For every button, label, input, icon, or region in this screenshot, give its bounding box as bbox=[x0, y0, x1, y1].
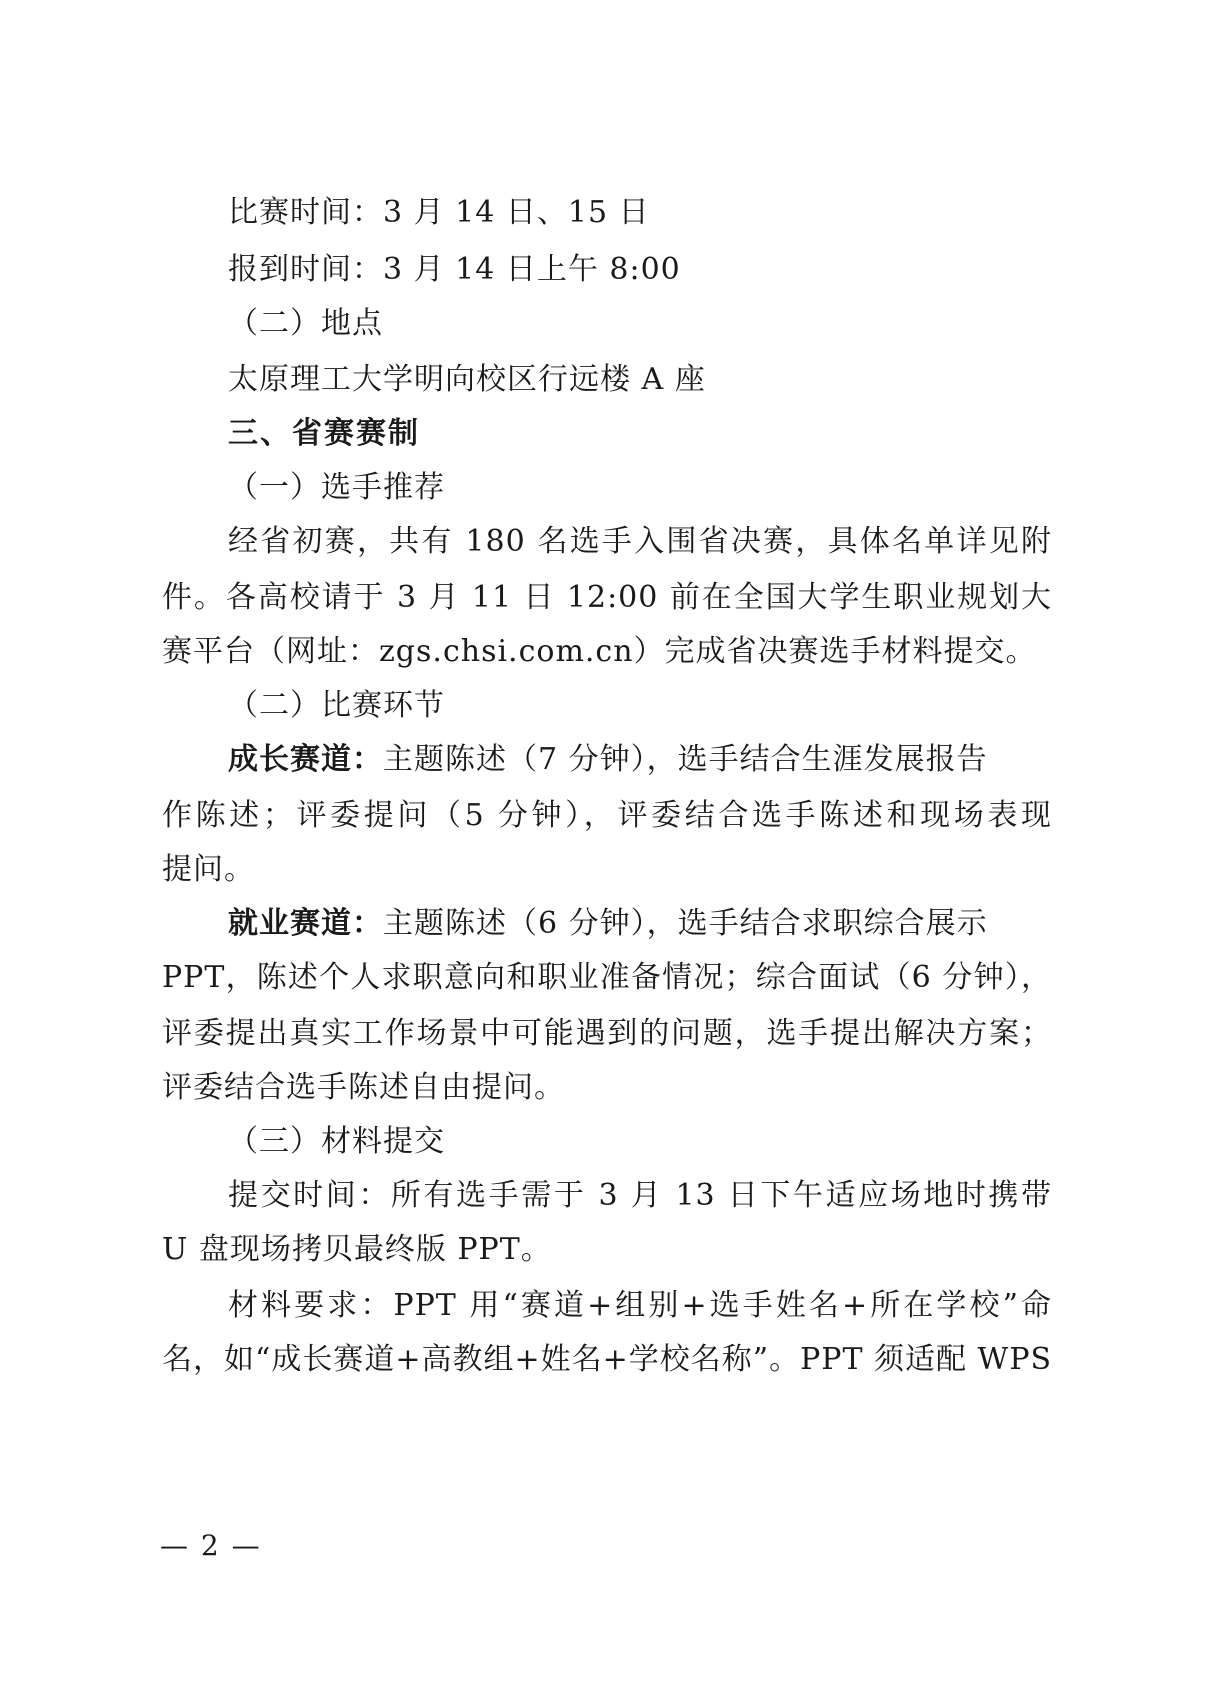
submission-time-line: 提交时间：所有选手需于 3 月 13 日下午适应场地时携带 bbox=[228, 1176, 1052, 1216]
growth-track-text: 主题陈述（7 分钟），选手结合生涯发展报告 bbox=[383, 742, 988, 777]
paragraph-line: 提问。 bbox=[162, 850, 1062, 890]
paragraph-line-with-url: 赛平台（网址：zgs.chsi.com.cn）完成省决赛选手材料提交。 bbox=[162, 632, 1062, 672]
page-number: — 2 — bbox=[160, 1528, 262, 1564]
employment-track-label: 就业赛道： bbox=[228, 906, 383, 941]
material-requirement-line: 材料要求：PPT 用“赛道+组别+选手姓名+所在学校”命 bbox=[228, 1286, 1052, 1326]
registration-time-line: 报到时间：3 月 14 日上午 8:00 bbox=[228, 250, 1128, 290]
location-value: 太原理工大学明向校区行远楼 A 座 bbox=[228, 360, 1128, 400]
employment-track-line: 就业赛道：主题陈述（6 分钟），选手结合求职综合展示 bbox=[228, 904, 1128, 944]
section-heading-competition-format: 三、省赛赛制 bbox=[228, 414, 1128, 454]
match-time-line: 比赛时间：3 月 14 日、15 日 bbox=[228, 193, 1128, 233]
paragraph-line: 件。各高校请于 3 月 11 日 12:00 前在全国大学生职业规划大 bbox=[162, 578, 1052, 618]
paragraph-line: 评委提出真实工作场景中可能遇到的问题，选手提出解决方案； bbox=[162, 1014, 1052, 1054]
document-page: 比赛时间：3 月 14 日、15 日 报到时间：3 月 14 日上午 8:00 … bbox=[0, 0, 1206, 1685]
subheading-material-submission: （三）材料提交 bbox=[228, 1122, 1128, 1162]
subheading-location: （二）地点 bbox=[228, 304, 1128, 344]
paragraph-line: 名，如“成长赛道+高教组+姓名+学校名称”。PPT 须适配 WPS bbox=[162, 1340, 1052, 1380]
paragraph-line: PPT，陈述个人求职意向和职业准备情况；综合面试（6 分钟）， bbox=[162, 958, 1052, 998]
paragraph-line: 经省初赛，共有 180 名选手入围省决赛，具体名单详见附 bbox=[228, 522, 1052, 562]
employment-track-text: 主题陈述（6 分钟），选手结合求职综合展示 bbox=[383, 906, 988, 941]
growth-track-label: 成长赛道： bbox=[228, 742, 383, 777]
paragraph-line: 评委结合选手陈述自由提问。 bbox=[162, 1068, 1062, 1108]
subheading-competition-stages: （二）比赛环节 bbox=[228, 686, 1128, 726]
growth-track-line: 成长赛道：主题陈述（7 分钟），选手结合生涯发展报告 bbox=[228, 740, 1128, 780]
paragraph-line: 作陈述；评委提问（5 分钟），评委结合选手陈述和现场表现 bbox=[162, 796, 1052, 836]
paragraph-line: U 盘现场拷贝最终版 PPT。 bbox=[162, 1230, 1062, 1270]
subheading-player-recommendation: （一）选手推荐 bbox=[228, 468, 1128, 508]
